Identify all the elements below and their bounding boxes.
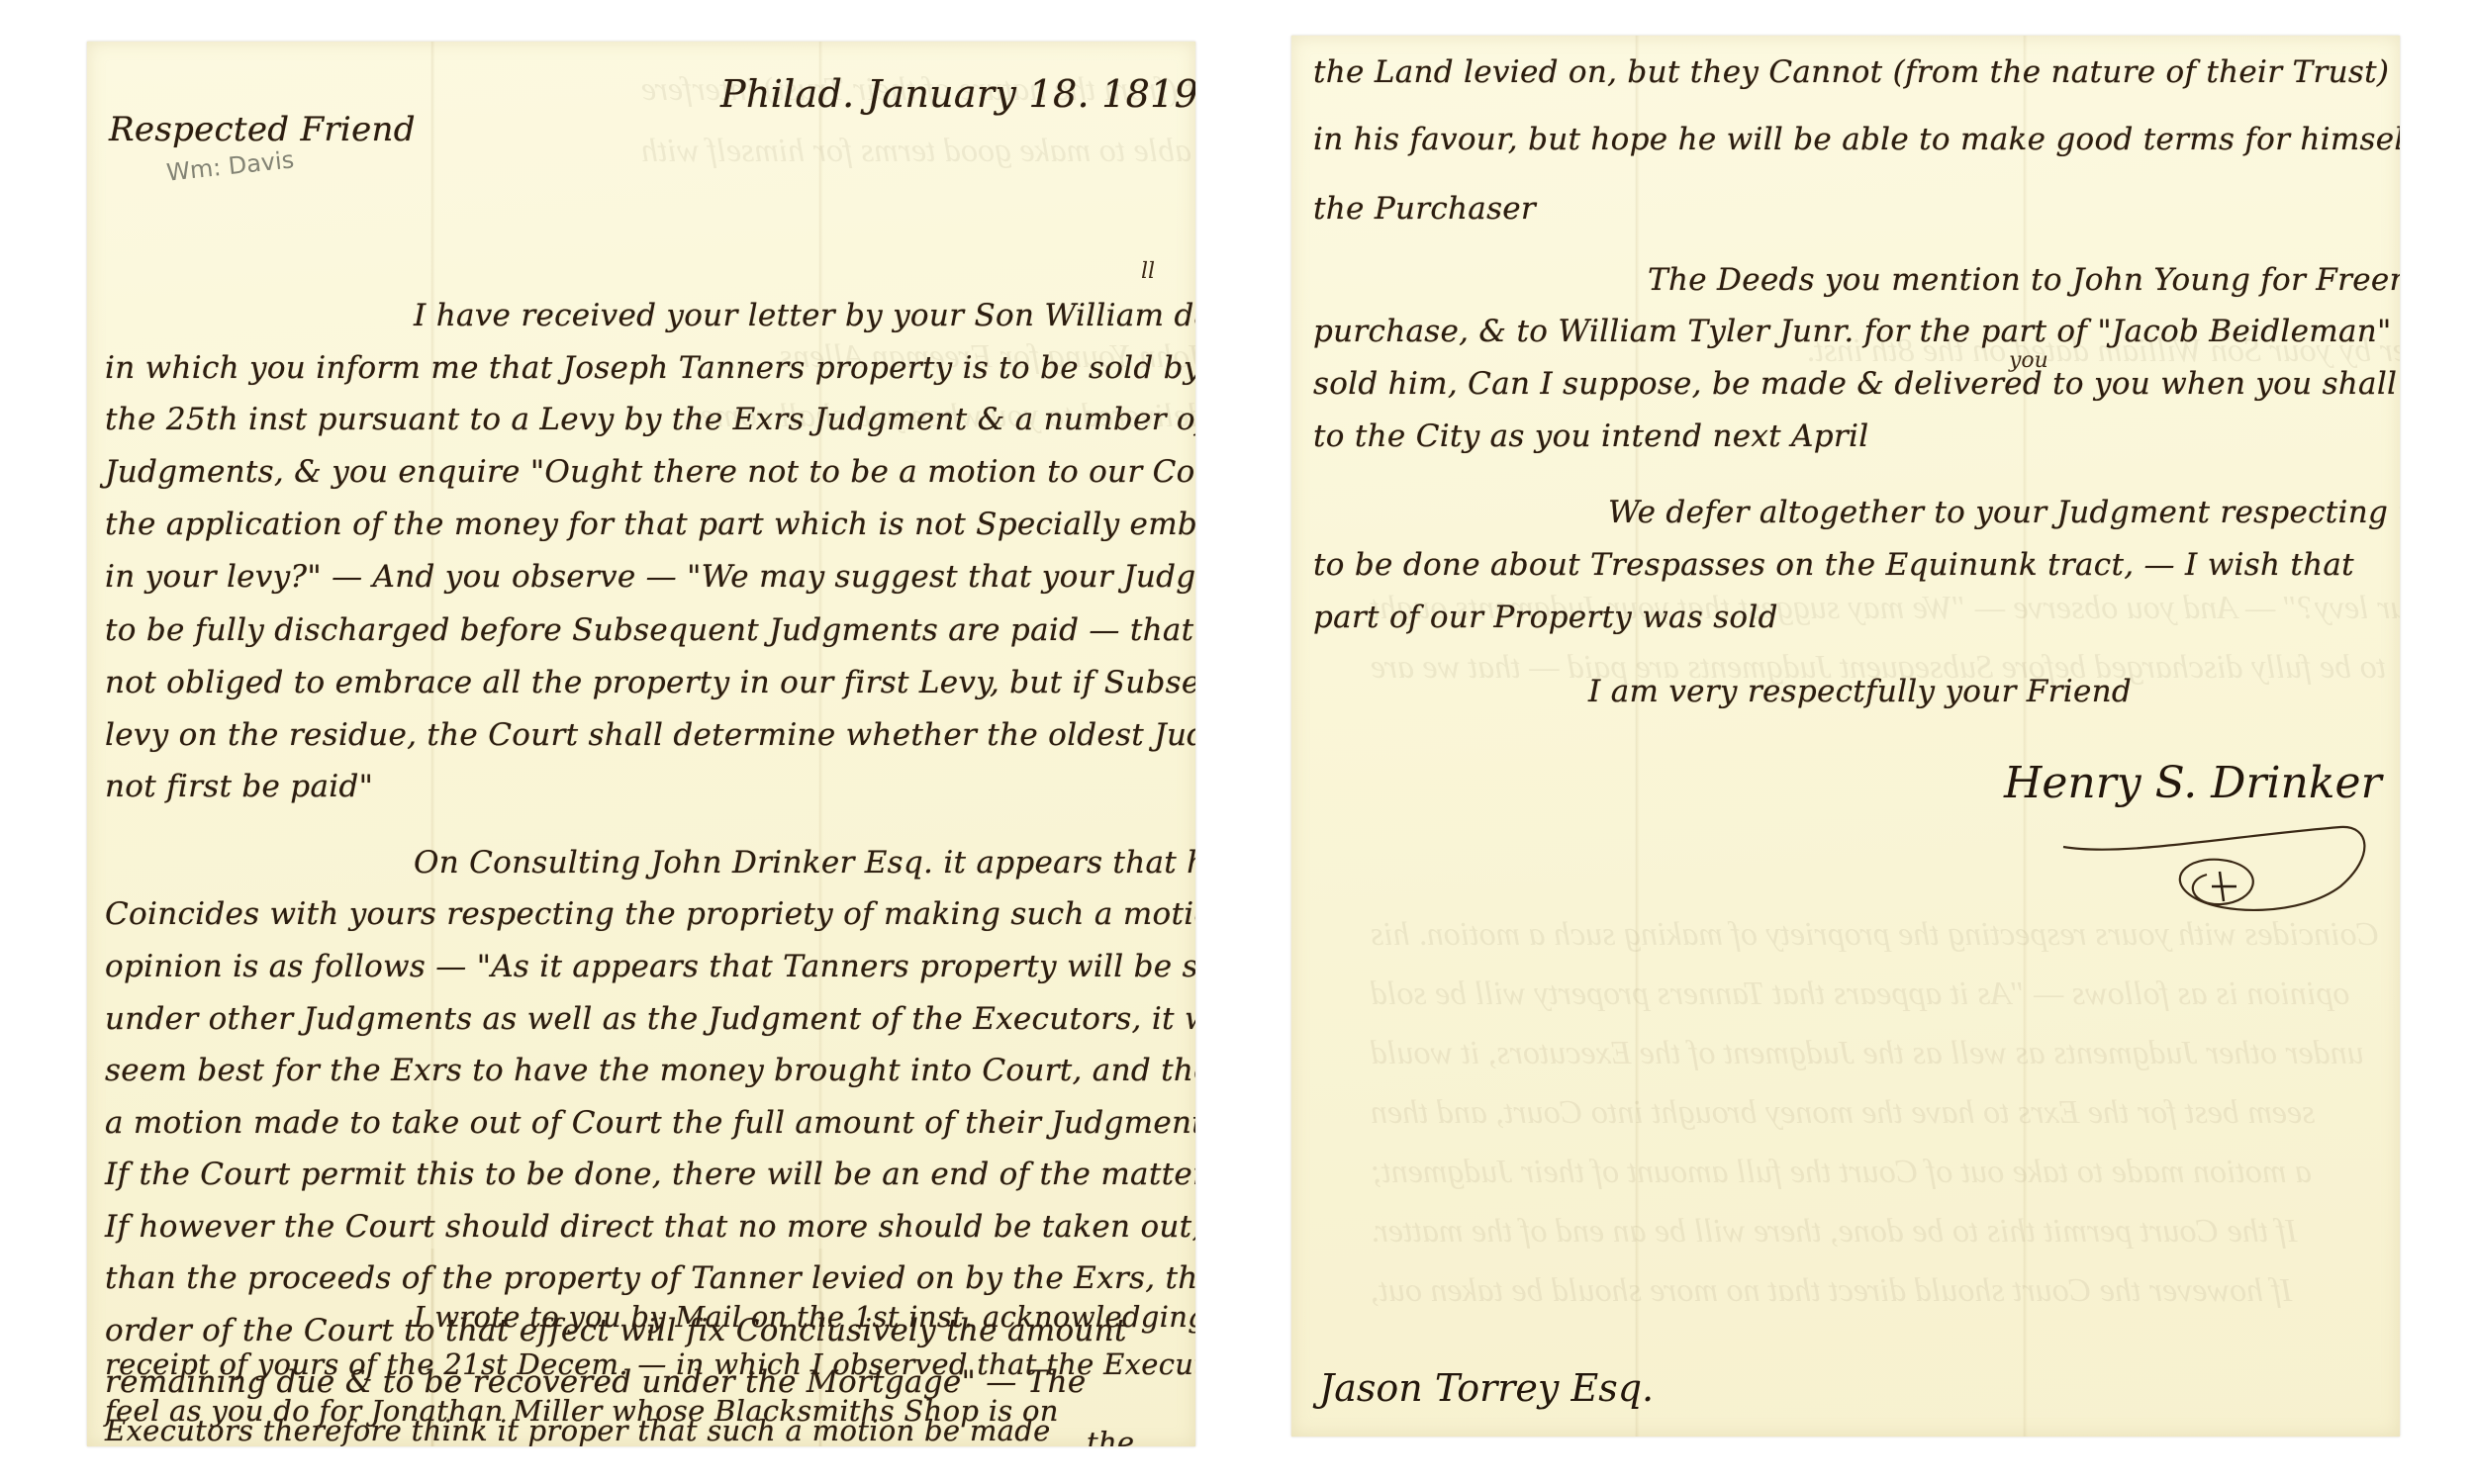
salutation: Respected Friend	[109, 113, 416, 146]
letter-line: If the Court permit this to be done, the…	[105, 1159, 1195, 1190]
letter-line: not first be paid"	[105, 772, 373, 802]
letter-page-1-footer: I wrote to you by Mail on the 1st inst. …	[87, 1249, 1195, 1446]
bleed-through-text: seem best for the Exrs to have the money…	[1371, 1094, 2315, 1132]
letter-line: sold him, Can I suppose, be made & deliv…	[1313, 369, 2400, 400]
letter-line: to be done about Trespasses on the Equin…	[1313, 550, 2354, 581]
letter-line: receipt of yours of the 21st Decem. — in…	[105, 1350, 1195, 1379]
letter-line: I wrote to you by Mail on the 1st inst. …	[414, 1303, 1195, 1332]
letter-page-1: the Land levied on, but they Cannot (fro…	[87, 42, 1195, 1446]
margin-mark: ll	[1141, 259, 1155, 284]
letter-line: to the City as you intend next April	[1313, 421, 1868, 452]
bleed-through-text: in his favour, but hope he will be able …	[641, 133, 1195, 170]
letter-line: On Consulting John Drinker Esq. it appea…	[414, 848, 1195, 879]
letter-line: the	[1087, 1429, 1134, 1446]
letter-page-2: I have received your letter by your Son …	[1291, 36, 2400, 1437]
letter-line: under other Judgments as well as the Jud…	[105, 1004, 1195, 1035]
letter-line: If however the Court should direct that …	[105, 1212, 1195, 1243]
addressee: Jason Torrey Esq.	[1319, 1366, 1654, 1410]
letter-line: the 25th inst pursuant to a Levy by the …	[105, 405, 1195, 435]
letter-line: opinion is as follows — "As it appears t…	[105, 952, 1195, 982]
letter-line: the application of the money for that pa…	[105, 510, 1195, 540]
letter-line: not obliged to embrace all the property …	[105, 668, 1195, 698]
letter-line: I have received your letter by your Son …	[414, 301, 1195, 331]
bleed-through-text: a motion made to take out of Court the f…	[1371, 1154, 2312, 1191]
dateline: Philad. January 18. 1819	[720, 75, 1195, 113]
bleed-through-text: If however the Court should direct that …	[1371, 1272, 2292, 1310]
letter-line: The Deeds you mention to John Young for …	[1648, 265, 2400, 296]
letter-line: in which you inform me that Joseph Tanne…	[105, 353, 1195, 384]
letter-line: a motion made to take out of Court the f…	[105, 1108, 1195, 1139]
letter-line: feel as you do for Jonathan Miller whose…	[105, 1397, 1059, 1426]
letter-line: the Purchaser	[1313, 194, 1536, 225]
letter-line: in his favour, but hope he will be able …	[1313, 125, 2400, 155]
letter-line: in your levy?" — And you observe — "We m…	[105, 562, 1195, 593]
bleed-through-text: If the Court permit this to be done, the…	[1371, 1213, 2297, 1251]
letter-line: purchase, & to William Tyler Junr. for t…	[1313, 317, 2392, 347]
letter-line: part of our Property was sold	[1313, 603, 1778, 633]
pencil-annotation: Wm: Davis	[165, 145, 296, 186]
letter-line: We defer altogether to your Judgment res…	[1608, 498, 2400, 528]
letter-line: seem best for the Exrs to have the money…	[105, 1056, 1195, 1086]
letter-line: Judgments, & you enquire "Ought there no…	[105, 457, 1195, 488]
bleed-through-text: under other Judgments as well as the Jud…	[1371, 1035, 2364, 1072]
letter-line: levy on the residue, the Court shall det…	[105, 720, 1195, 751]
letter-line: the Land levied on, but they Cannot (fro…	[1313, 57, 2400, 88]
closing: I am very respectfully your Friend	[1588, 677, 2132, 707]
letter-line: Coincides with yours respecting the prop…	[105, 899, 1195, 930]
bleed-through-text: opinion is as follows — "As it appears t…	[1371, 975, 2349, 1013]
signature: Henry S. Drinker	[2004, 758, 2382, 808]
letter-line: to be fully discharged before Subsequent…	[105, 615, 1195, 646]
signature-flourish-icon	[2044, 817, 2380, 926]
